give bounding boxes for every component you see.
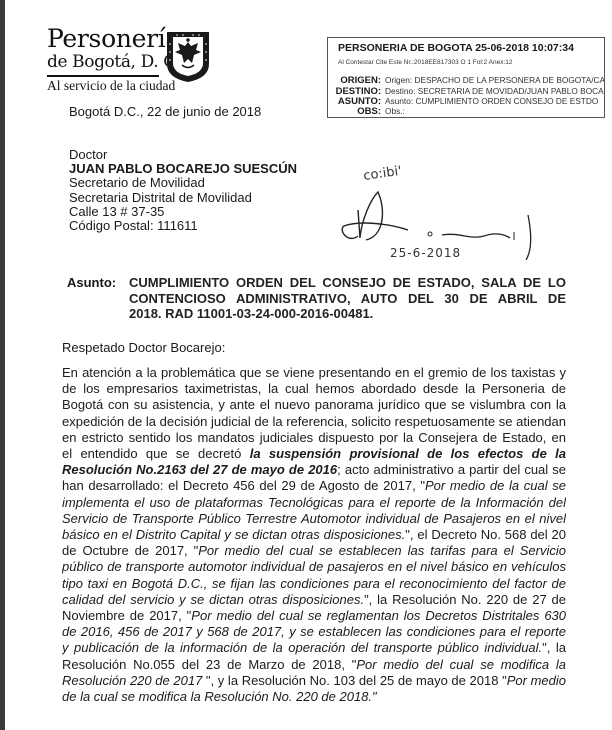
body-line: el entendido que se decretó la suspensió… [62, 446, 566, 462]
letterhead-logo: Personería de Bogotá, D. C. Al servicio … [47, 26, 180, 94]
body-line: público de transporte automotor individu… [62, 559, 566, 575]
stamp-field-value: Obs.: [385, 106, 405, 116]
stamp-field-label: OBS: [328, 106, 381, 117]
stamp-header: PERSONERIA DE BOGOTA 25-06-2018 10:07:34 [338, 42, 574, 54]
body-line: Bogotá con su asistencia, y ante el nuev… [62, 397, 566, 413]
subject-line: 2018. RAD 11001-03-24-000-2016-00481. [129, 306, 566, 322]
stamp-field-value: Origen: DESPACHO DE LA PERSONERA DE BOGO… [385, 75, 604, 85]
handwritten-note: co:ibi' [362, 164, 402, 184]
bogota-coat-of-arms-icon [165, 30, 211, 84]
letterhead-rule [47, 75, 159, 77]
body-line: implementa el uso de plataformas Tecnoló… [62, 495, 566, 511]
body-line: calidad del servicio y se dictan otras d… [62, 592, 566, 608]
org-name-line1: Personería [47, 26, 180, 52]
stamp-origen: ORIGEN:Origen: DESPACHO DE LA PERSONERA … [328, 75, 604, 86]
body-line: básico en el Distrito Capital y se dicta… [62, 527, 566, 543]
stamp-field-value: Destino: SECRETARIA DE MOVIDAD/JUAN PABL… [385, 86, 604, 96]
body-line: de los empresarios taximetristas, la cua… [62, 381, 566, 397]
body-line: En atención a la problemática que se vie… [62, 365, 566, 381]
body-line: han desarrollado: el Decreto 456 del 29 … [62, 478, 566, 494]
letter-body: En atención a la problemática que se vie… [62, 365, 566, 705]
scan-edge [0, 0, 5, 730]
org-tagline: Al servicio de la ciudad [47, 78, 180, 94]
body-line: y publicación de la información de la op… [62, 640, 566, 656]
body-line: de Octubre de 2017, "Por medio del cual … [62, 543, 566, 559]
stamp-reference: Al Contestar Cite Este Nr.:2018EE817303 … [338, 59, 513, 66]
handwritten-date: 25-6-2018 [390, 246, 461, 260]
subject-line: CUMPLIMIENTO ORDEN DEL CONSEJO DE ESTADO… [129, 275, 566, 291]
body-line: Resolución 220 de 2017 ", y la Resolució… [62, 673, 566, 689]
subject-label: Asunto: [67, 275, 116, 290]
body-line: de 2016, 456 de 2017 y 568 de 2017, y se… [62, 624, 566, 640]
body-line: de la cual se modifica la Resolución No.… [62, 689, 566, 705]
salutation: Respetado Doctor Bocarejo: [62, 340, 225, 355]
body-line: expedición de la decisión judicial de la… [62, 414, 566, 430]
subject-line: CONTENCIOSO ADMINISTRATIVO, AUTO DEL 30 … [129, 291, 566, 307]
body-line: Noviembre de 2017, "Por medio del cual s… [62, 608, 566, 624]
body-line: tipo taxi en Bogotá D.C., se fijan las c… [62, 576, 566, 592]
recipient-position: Secretario de Movilidad [69, 175, 205, 191]
stamp-obs: OBS:Obs.: [328, 106, 604, 117]
place-date: Bogotá D.C., 22 de junio de 2018 [69, 104, 261, 120]
stamp-field-label: ORIGEN: [328, 75, 381, 86]
recipient-postal-code: Código Postal: 111611 [69, 218, 198, 234]
stamp-field-value: Asunto: CUMPLIMIENTO ORDEN CONSEJO DE ES… [385, 96, 598, 106]
filing-stamp: PERSONERIA DE BOGOTA 25-06-2018 10:07:34… [327, 37, 605, 118]
handwritten-signature: co:ibi' 25-6-2018 [300, 140, 612, 260]
body-line: Resolución No.2163 del 27 de mayo de 201… [62, 462, 566, 478]
org-name-line2: de Bogotá, D. C. [47, 52, 180, 72]
body-line: Servicio de Transporte Público Terrestre… [62, 511, 566, 527]
body-line: en estricto sentido los mandatos judicia… [62, 430, 566, 446]
body-line: Resolución No.055 del 23 de Marzo de 201… [62, 657, 566, 673]
subject-text: CUMPLIMIENTO ORDEN DEL CONSEJO DE ESTADO… [129, 275, 566, 322]
